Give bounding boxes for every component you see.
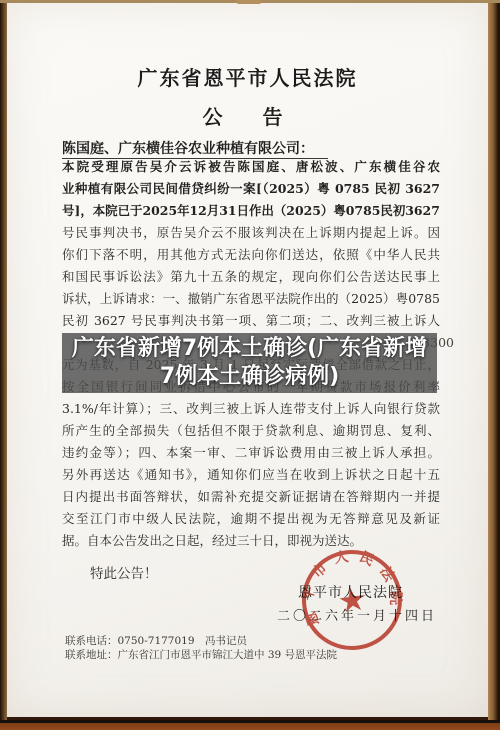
body-text-line: 诉状，上诉请求：一、撤销广东省恩平法院作出的（2025）粤0785 (62, 288, 440, 310)
news-headline-line2: 7例本土确诊病例) (160, 363, 339, 391)
body-text-line: 民初 3627 号民事判决书第一项、第二项；二、改判三被上诉人 (62, 310, 440, 332)
body-text-line: 所产生的全部损失（包括但不限于贷款利息、逾期罚息、复利、 (62, 420, 440, 442)
court-title: 广东省恩平市人民法院 (7, 62, 488, 91)
photo-frame-left-edge (0, 0, 7, 730)
seal-star-icon: ★ (335, 579, 369, 621)
body-text-line: 你们下落不明，用其他方式无法向你们送达，依照《中华人民共 (62, 244, 440, 266)
body-text-line: 和国民事诉讼法》第九十五条的规定，现向你们公告送达民事上 (62, 266, 440, 288)
body-text-line: 业种植有限公司民间借贷纠纷一案[（2025）粤 0785 民初 3627 (62, 178, 440, 200)
body-text-line: 3.1%/年计算）；三、改判三被上诉人连带支付上诉人向银行贷款 (62, 398, 440, 420)
contact-address-line: 联系地址：广东省江门市恩平市锦江大道中 39 号恩平法院 (65, 647, 337, 662)
body-text-line: 号]，本院已于2025年12月31日作出（2025）粤0785民初3627 (62, 200, 438, 222)
body-text-line: 号民事判决书，原告吴介云不服该判决在上诉期内提起上诉。因 (62, 222, 440, 244)
contact-phone-line: 联系电话：0750-7177019 冯书记员 (65, 633, 247, 648)
paper-fold-mark (236, 0, 262, 4)
document-type-heading: 公 告 (7, 101, 488, 130)
body-text-line: 交至江门市中级人民法院，逾期不提出视为无答辩意见及新证 (62, 508, 440, 530)
body-text-line: 另外再送达《通知书》，通知你们应当在收到上诉状之日起十五 (62, 464, 440, 486)
photo-of-court-announcement: 广东省恩平市人民法院 公 告 陈国庭、广东横佳谷农业种植有限公司： 本院受理原告… (0, 0, 500, 730)
news-headline-overlay: 广东省新增7例本土确诊(广东省新增 7例本土确诊病例) (62, 333, 437, 393)
addressee-line: 陈国庭、广东横佳谷农业种植有限公司： (62, 138, 328, 158)
court-seal: ★ 恩平市人民法院 (284, 532, 420, 668)
photo-frame-right-edge (488, 0, 500, 730)
photo-frame-bottom-edge (0, 720, 500, 730)
body-text-line: 本院受理原告吴介云诉被告陈国庭、唐松波、广东横佳谷农 (62, 156, 440, 178)
body-text-line: 违约金等）；四、本案一审、二审诉讼费用由三被上诉人承担。 (62, 442, 440, 464)
news-headline-line1: 广东省新增7例本土确诊(广东省新增 (72, 335, 427, 363)
body-text-line: 日内提出书面答辩状，如需补充提交新证据请在答辩期内一并提 (62, 486, 440, 508)
closing-line: 特此公告！ (90, 562, 158, 582)
